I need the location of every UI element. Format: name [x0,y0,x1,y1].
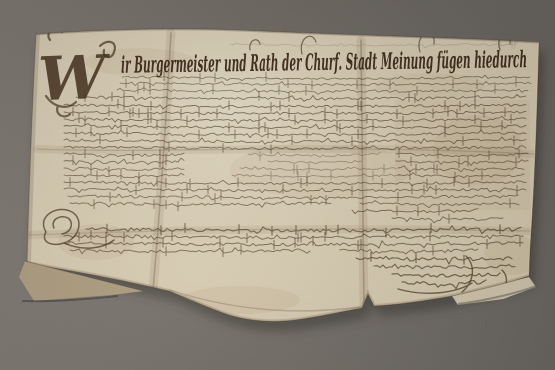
photo-canvas: W ir Burgermeister und Rath der Churf. S… [0,0,555,370]
parchment-document: W ir Burgermeister und Rath der Churf. S… [0,0,555,370]
parchment-sheet: W ir Burgermeister und Rath der Churf. S… [0,0,555,370]
heading-script: ir Burgermeister und Rath der Churf. Sta… [121,46,527,79]
